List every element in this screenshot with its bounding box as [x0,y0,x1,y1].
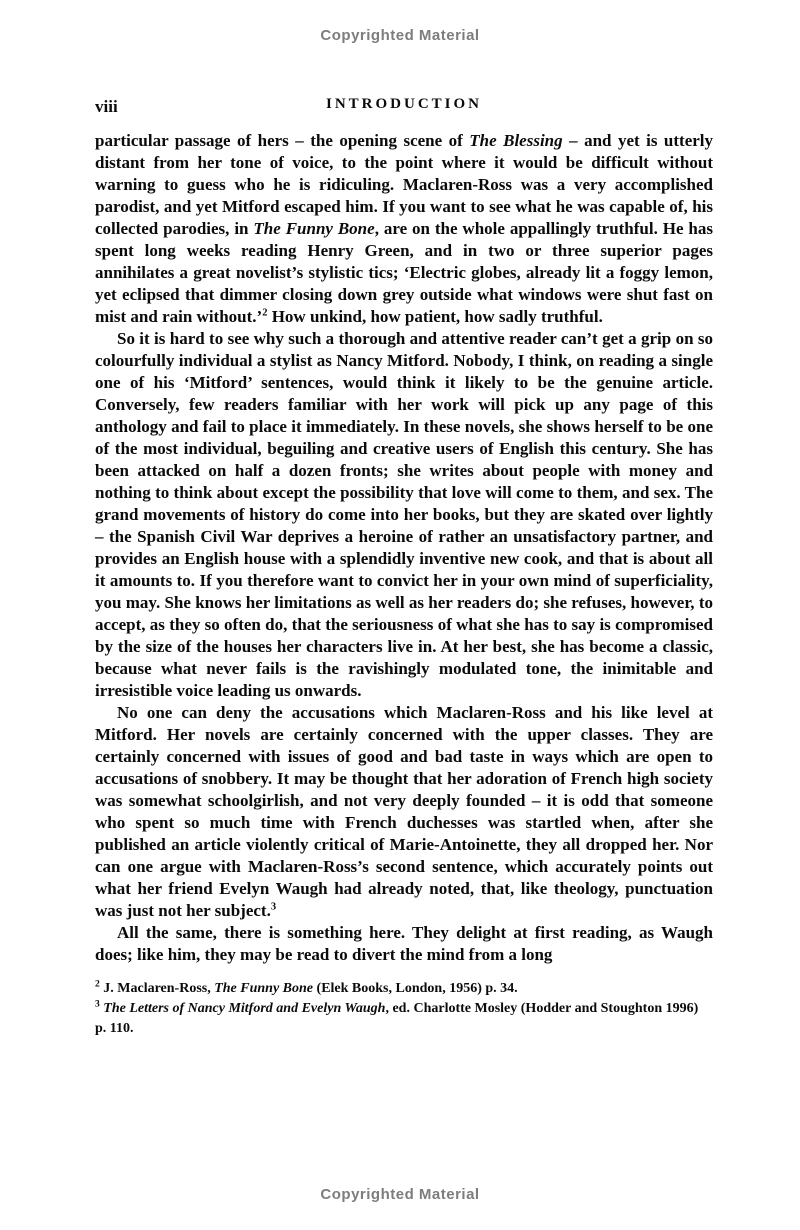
footnote-reference-3: 3 [271,901,276,912]
page-header: viii INTRODUCTION [95,96,713,118]
text-run: particular passage of hers – the opening… [95,131,469,150]
paragraph-3: No one can deny the accusations which Ma… [95,702,713,922]
paragraph-2: So it is hard to see why such a thorough… [95,328,713,702]
paragraph-4: All the same, there is something here. T… [95,922,713,966]
text-run: All the same, there is something here. T… [95,923,713,964]
copyright-banner-bottom: Copyrighted Material [0,1186,800,1203]
text-run: So it is hard to see why such a thorough… [95,329,713,700]
footnote-3: 3 The Letters of Nancy Mitford and Evely… [95,999,713,1039]
running-header-title: INTRODUCTION [95,96,713,113]
paragraph-1: particular passage of hers – the opening… [95,130,713,328]
body-text: particular passage of hers – the opening… [95,130,713,1039]
footnotes-block: 2 J. Maclaren-Ross, The Funny Bone (Elek… [95,979,713,1039]
text-run: (Elek Books, London, 1956) p. 34. [313,981,518,996]
book-page: Copyrighted Material viii INTRODUCTION p… [0,0,800,1230]
text-run: J. Maclaren-Ross, [100,981,214,996]
book-title-italic: The Letters of Nancy Mitford and Evelyn … [103,1001,385,1016]
book-title-italic: The Funny Bone [253,219,374,238]
text-run: No one can deny the accusations which Ma… [95,703,713,920]
page-number: viii [95,97,118,117]
book-title-italic: The Blessing [469,131,562,150]
text-run: How unkind, how patient, how sadly truth… [267,307,602,326]
copyright-banner-top: Copyrighted Material [0,27,800,44]
footnote-2: 2 J. Maclaren-Ross, The Funny Bone (Elek… [95,979,713,999]
book-title-italic: The Funny Bone [214,981,313,996]
